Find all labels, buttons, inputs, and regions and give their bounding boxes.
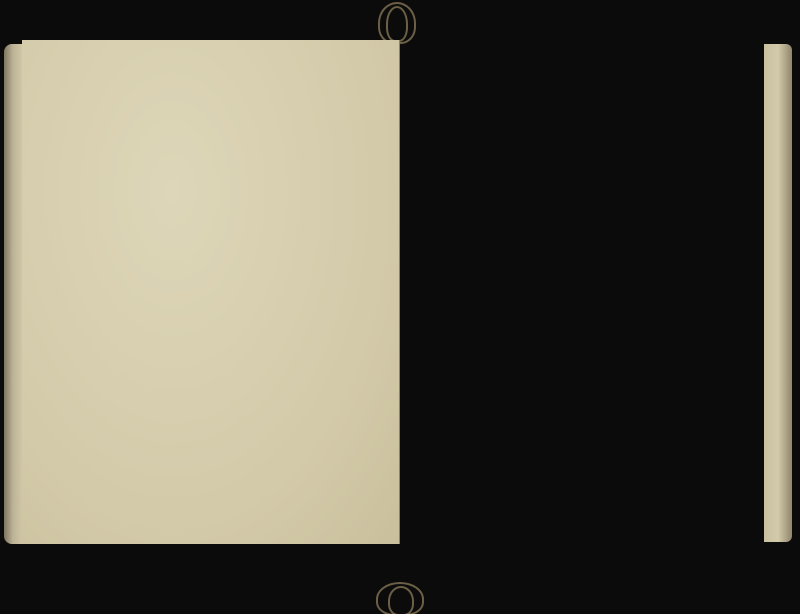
open-manuscript-book	[4, 38, 792, 546]
right-page-stack	[764, 44, 792, 542]
binding-thread-top-inner	[386, 6, 408, 42]
left-page	[22, 40, 400, 544]
binding-thread-bottom-inner	[388, 586, 414, 614]
